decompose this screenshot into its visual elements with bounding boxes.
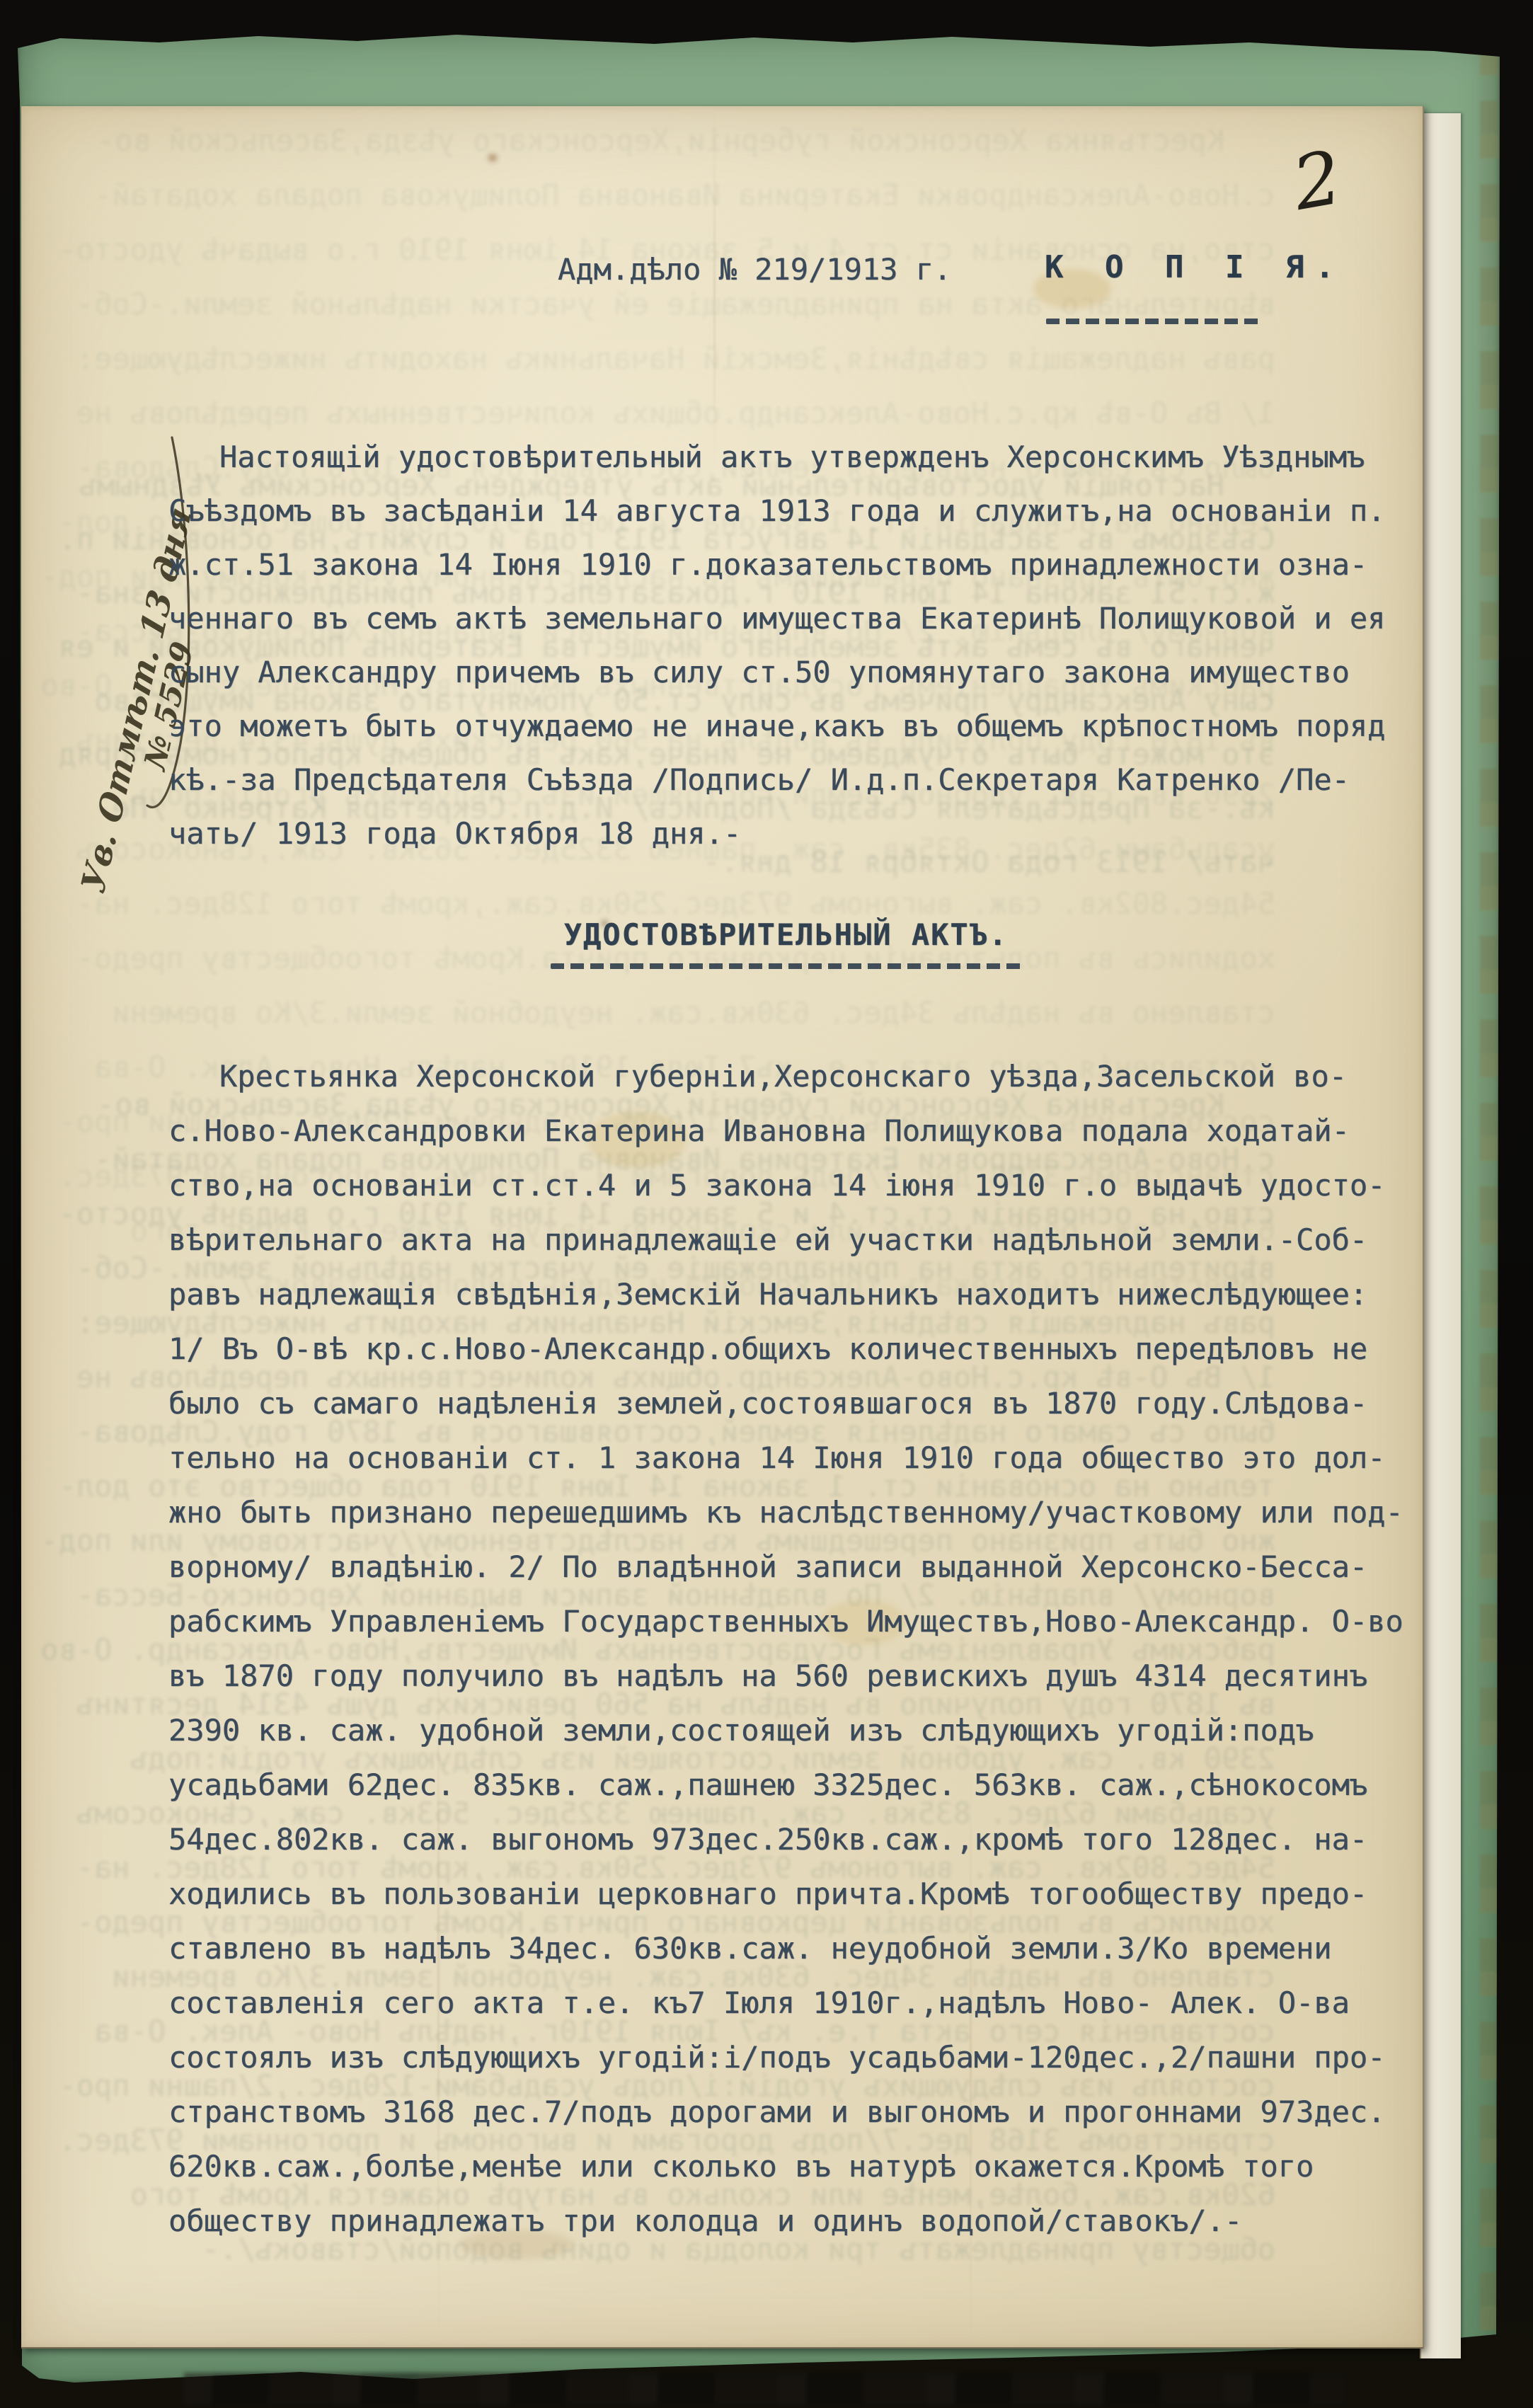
typed-line: ходились въ пользованіи церковнаго причт… [168, 1867, 1424, 1921]
deckle-edge [1480, 51, 1498, 2344]
typed-line: ворному/ владѣнію. 2/ По владѣнной запис… [168, 1540, 1424, 1594]
typed-line: ж.ст.51 закона 14 Іюня 1910 г.доказатель… [168, 538, 1424, 592]
typed-line: вѣрительнаго акта на принадлежащіе ей уч… [168, 1212, 1424, 1267]
typed-line: это можетъ быть отчуждаемо не иначе,какъ… [168, 699, 1424, 753]
bleed-text: ставлено въ надѣлъ 34дес. 630кв.саж. неу… [21, 985, 1275, 1040]
scan-background: { "page_number": "2", "header": { "case_… [0, 0, 1533, 2408]
typed-line: 54дес.802кв. саж. выгономъ 973дес.250кв.… [168, 1812, 1424, 1867]
typed-preamble: Настоящій удостовѣрительный актъ утвержд… [168, 430, 1424, 861]
typed-line: усадьбами 62дес. 835кв. саж.,пашнею 3325… [168, 1758, 1424, 1812]
typed-line: тельно на основаніи ст. 1 закона 14 Іюня… [168, 1431, 1424, 1485]
document-paper: Настоящій удостовѣрительный актъ утвержд… [21, 106, 1424, 2349]
typed-line: было съ самаго надѣленія землей,состоявш… [168, 1376, 1424, 1431]
bleed-text: равъ надлежащія свѣдѣнія,Земскій Начальн… [21, 331, 1275, 386]
under-sheet-edge [1420, 113, 1461, 2358]
typed-line: ченнаго въ семъ актѣ земельнаго имуществ… [168, 592, 1424, 646]
typed-line: жно быть признано перешедшимъ къ наслѣдс… [168, 1485, 1424, 1540]
typed-line: 2390 кв. саж. удобной земли,состоящей из… [168, 1703, 1424, 1758]
typed-line: ставлено въ надѣлъ 34дес. 630кв.саж. неу… [168, 1921, 1424, 1976]
bleed-text: с.Ново-Александровки Екатерина Ивановна … [21, 168, 1275, 222]
typed-line: рабскимъ Управленіемъ Государственныхъ И… [168, 1594, 1424, 1649]
typed-line: кѣ.-за Предсѣдателя Съѣзда /Подпись/ И.д… [168, 753, 1424, 807]
case-number-label: Адм.дѣло № 219/1913 г. [558, 252, 951, 287]
typed-line: сыну Александру причемъ въ силу ст.50 уп… [168, 646, 1424, 699]
typed-line: Настоящій удостовѣрительный актъ утвержд… [168, 430, 1424, 484]
typed-line: 1/ Въ О-вѣ кр.с.Ново-Александр.общихъ ко… [168, 1321, 1424, 1376]
typed-line: Съѣздомъ въ засѣданіи 14 августа 1913 го… [168, 484, 1424, 538]
act-title-underline [551, 963, 1021, 969]
typed-line: ство,на основаніи ст.ст.4 и 5 закона 14 … [168, 1158, 1424, 1212]
typed-line: обществу принадлежатъ три колодца и один… [168, 2194, 1424, 2248]
paper-crease [713, 106, 716, 474]
act-title-block: УДОСТОВѢРИТЕЛЬНЫЙ АКТЪ. [168, 917, 1403, 969]
typed-act-body: Крестьянка Херсонской губерніи,Херсонска… [168, 1049, 1424, 2248]
scan-bed: Настоящій удостовѣрительный актъ утвержд… [0, 0, 1533, 2408]
typed-line: равъ надлежащія свѣдѣнія,Земскій Начальн… [168, 1267, 1424, 1321]
paper-stain [488, 154, 497, 161]
typed-line: с.Ново-Александровки Екатерина Ивановна … [168, 1103, 1424, 1158]
typed-line: чать/ 1913 года Октября 18 дня.- [168, 807, 1424, 861]
typed-line: состоялъ изъ слѣдующихъ угодій:і/подъ ус… [168, 2030, 1424, 2085]
typed-line: составленія сего акта т.е. къ7 Іюля 1910… [168, 1976, 1424, 2030]
typed-line: странствомъ 3168 дес.7/подъ дорогами и в… [168, 2085, 1424, 2139]
scan-bottom-streaks [184, 2373, 1345, 2405]
copy-label-underline [1046, 319, 1260, 324]
page-number-handwritten: 2 [1287, 134, 1348, 227]
copy-label: К О П І Я. [1045, 249, 1345, 285]
typed-line: 620кв.саж.,болѣе,менѣе или сколько въ на… [168, 2139, 1424, 2194]
typed-line: Крестьянка Херсонской губерніи,Херсонска… [168, 1049, 1424, 1103]
bleed-text: Крестьянка Херсонской губерніи,Херсонска… [21, 113, 1275, 168]
typed-line: въ 1870 году получило въ надѣлъ на 560 р… [168, 1649, 1424, 1703]
act-title: УДОСТОВѢРИТЕЛЬНЫЙ АКТЪ. [564, 917, 1009, 952]
